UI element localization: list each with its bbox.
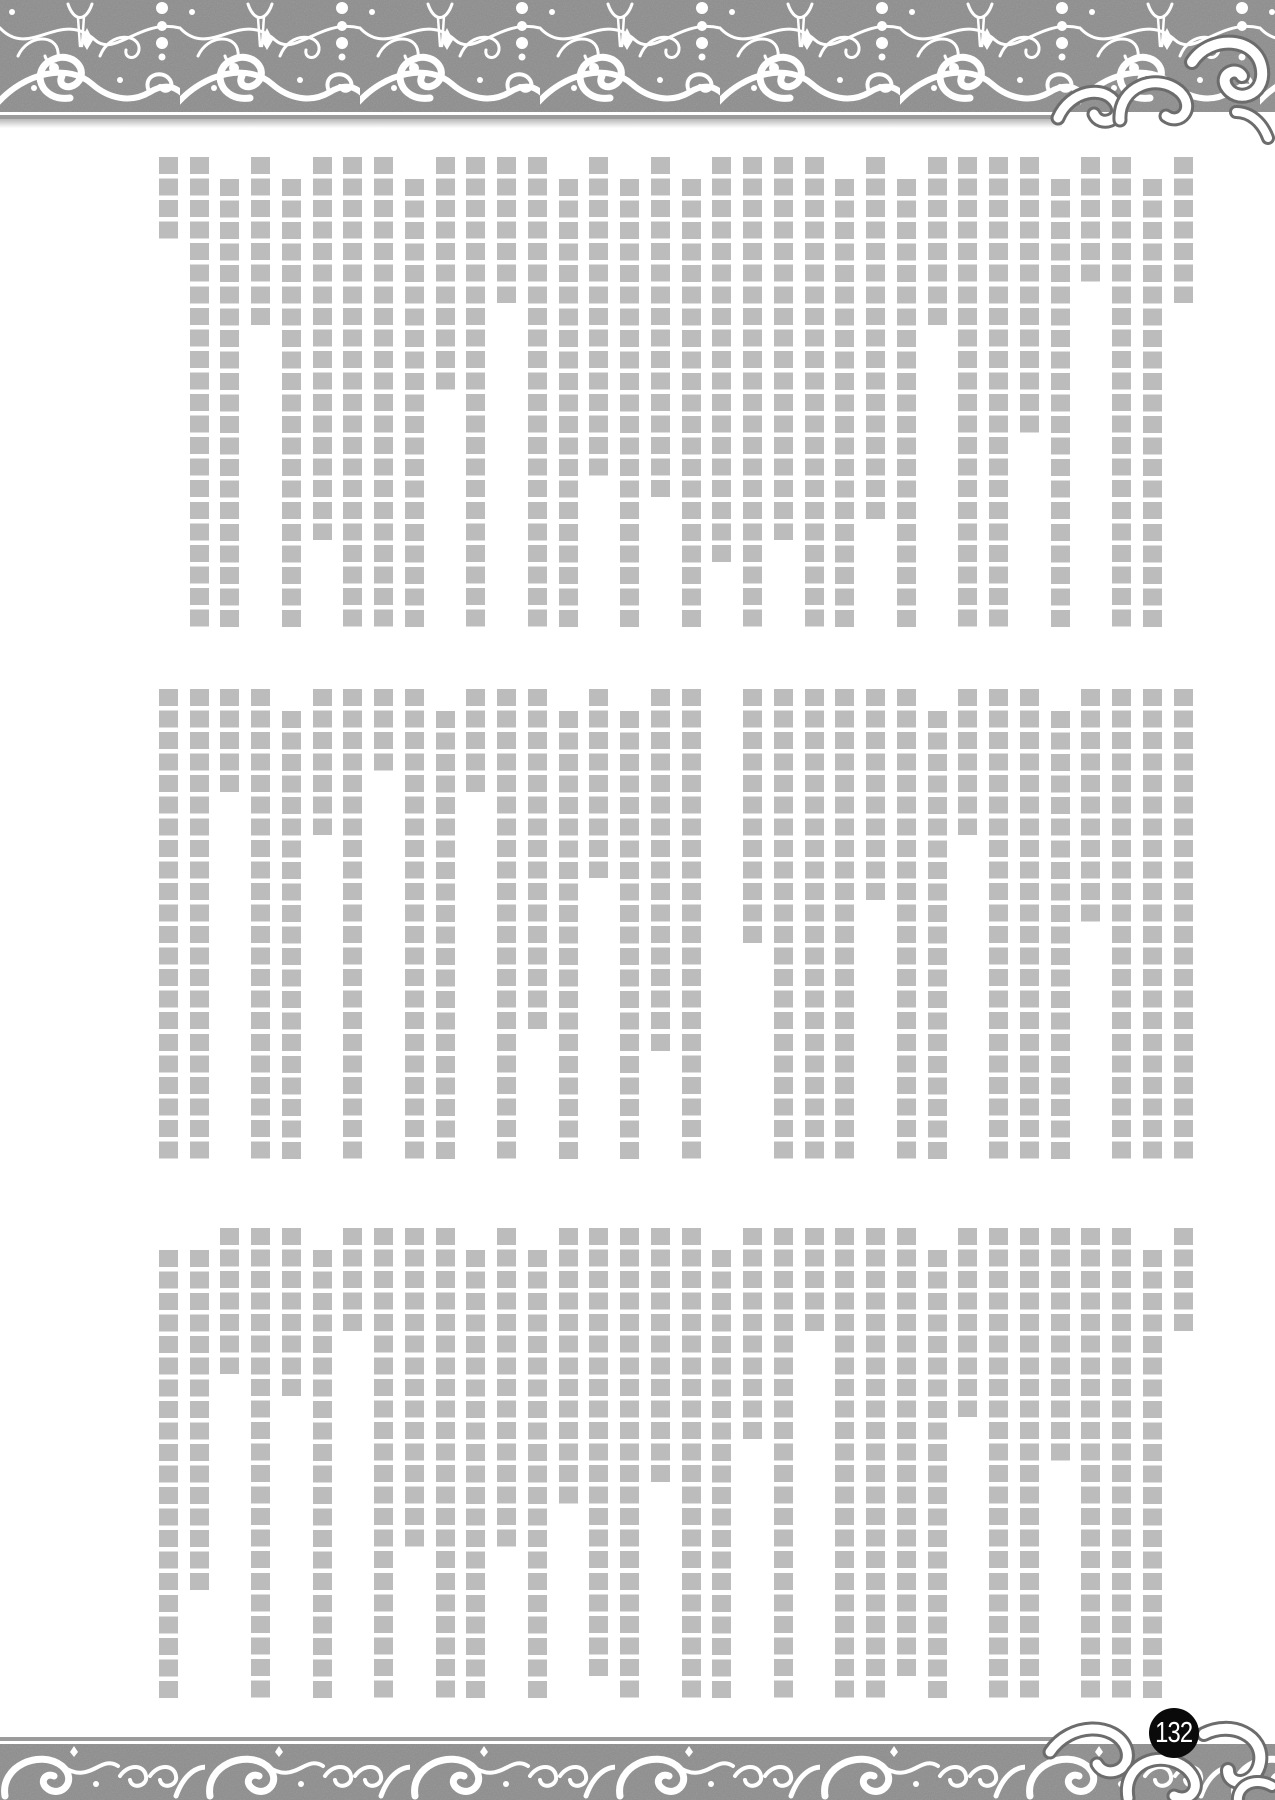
text-line [651,157,670,497]
text-line [589,689,608,878]
text-line [712,157,731,562]
text-line [436,1228,455,1698]
text-line [1112,1228,1131,1698]
text-line [651,1228,670,1482]
text-line [1112,157,1131,627]
text-line [1174,1228,1193,1331]
text-line [835,1228,854,1698]
text-tier-lower [0,1228,1275,1708]
text-line [405,179,424,627]
text-line [374,1228,393,1698]
text-line [436,711,455,1159]
text-line [313,1250,332,1698]
text-line [989,157,1008,627]
text-line [897,1228,916,1676]
text-line [220,1228,239,1374]
text-line [805,157,824,627]
text-line [220,179,239,627]
text-line [313,689,332,835]
text-line [251,157,270,325]
text-line [436,157,455,390]
text-line [528,1250,547,1698]
text-line [958,157,977,627]
text-line [1112,689,1131,1159]
text-line [159,689,178,1159]
text-line [1020,1228,1039,1698]
text-line [743,1228,762,1439]
text-line [589,1228,608,1676]
text-line [528,689,547,1029]
text-line [774,1228,793,1698]
text-line [866,1228,885,1698]
text-line [497,689,516,1159]
text-line [743,689,762,943]
text-line [190,1250,209,1590]
text-line [282,179,301,627]
text-line [620,1228,639,1698]
text-line [497,157,516,303]
text-line [559,1228,578,1504]
text-line [1081,689,1100,922]
text-line [743,157,762,627]
text-line [866,689,885,900]
text-tier-middle [0,689,1275,1169]
text-line [1174,689,1193,1159]
text-line [928,157,947,325]
text-line [405,1228,424,1547]
text-line [1081,1228,1100,1698]
text-line [620,179,639,627]
text-line [1143,689,1162,1159]
text-line [620,711,639,1159]
text-line [805,689,824,1159]
text-line [374,157,393,627]
text-line [1051,711,1070,1159]
text-line [1020,689,1039,1159]
text-line [1020,157,1039,433]
text-line [497,1228,516,1547]
text-line [190,157,209,627]
text-line [712,1250,731,1698]
text-line [190,689,209,1159]
text-line [559,179,578,627]
text-line [1174,157,1193,303]
text-line [651,689,670,1051]
text-line [282,1228,301,1396]
text-tier-upper [0,157,1275,637]
text-line [1143,1250,1162,1698]
text-line [835,179,854,627]
text-line [466,157,485,627]
text-line [251,1228,270,1698]
text-line [589,157,608,476]
page-number: 132 [1155,1717,1192,1750]
text-line [897,689,916,1159]
text-line [1051,179,1070,627]
text-line [928,1250,947,1698]
text-line [774,157,793,540]
text-line [374,689,393,771]
text-line [405,689,424,1159]
text-line [466,689,485,792]
text-line [958,689,977,835]
text-line [989,1228,1008,1698]
text-line [805,1228,824,1331]
text-line [989,689,1008,1159]
text-line [774,689,793,1159]
text-line [682,1228,701,1698]
text-line [313,157,332,540]
text-line [343,689,362,1159]
text-line [220,689,239,792]
text-line [343,157,362,627]
page-number-badge: 132 [1149,1708,1199,1758]
text-line [159,157,178,239]
text-line [282,711,301,1159]
text-line [958,1228,977,1417]
bottom-ornamental-border [0,1690,1275,1800]
top-ornamental-border [0,0,1275,145]
text-line [1051,1228,1070,1461]
text-line [159,1250,178,1698]
text-line [559,711,578,1159]
text-line [866,157,885,519]
text-line [682,179,701,627]
text-line [682,689,701,1159]
text-line [835,689,854,1159]
text-line [466,1250,485,1698]
text-line [1143,179,1162,627]
text-line [928,711,947,1159]
text-line [343,1228,362,1331]
text-line [897,179,916,627]
text-line [528,157,547,627]
text-line [251,689,270,1159]
text-line [1081,157,1100,282]
